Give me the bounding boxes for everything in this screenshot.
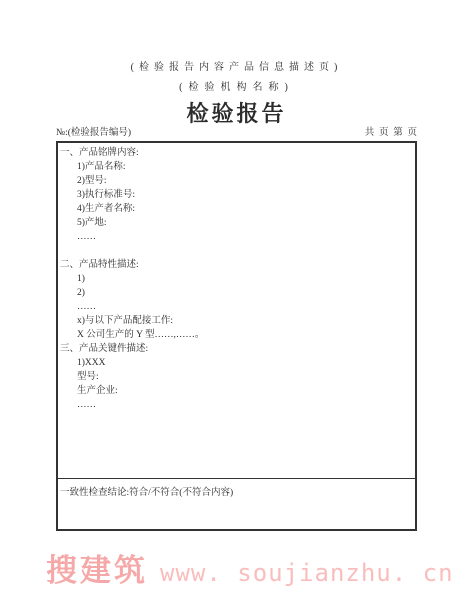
report-number-label: №:(检验报告编号) bbox=[56, 124, 131, 138]
form-line: 型号: bbox=[60, 370, 409, 384]
form-line: 1)产品名称: bbox=[60, 160, 409, 174]
form-line: 生产企业: bbox=[60, 384, 409, 398]
header-subtitle-agency-name: (检验机构名称) bbox=[56, 78, 417, 93]
meta-row: №:(检验报告编号) 共 页 第 页 bbox=[56, 124, 417, 138]
blank-line bbox=[60, 244, 409, 258]
conformity-conclusion-row: 一致性检查结论:符合/不符合(不符合内容) bbox=[58, 478, 415, 529]
form-line: 4)生产者名称: bbox=[60, 202, 409, 216]
report-form-box: 一、产品铭牌内容: 1)产品名称: 2)型号: 3)执行标准号: 4)生产者名称… bbox=[56, 141, 417, 531]
form-line: X 公司生产的 Y 型……,……。 bbox=[60, 328, 409, 342]
watermark-url-text: www. soujianzhu. cn bbox=[160, 559, 454, 587]
form-line: 3)执行标准号: bbox=[60, 188, 409, 202]
header-subtitle-description-page: (检验报告内容产品信息描述页) bbox=[56, 58, 417, 73]
form-line: …… bbox=[60, 398, 409, 412]
report-header: (检验报告内容产品信息描述页) (检验机构名称) 检验报告 bbox=[56, 58, 417, 128]
form-box-content: 一、产品铭牌内容: 1)产品名称: 2)型号: 3)执行标准号: 4)生产者名称… bbox=[58, 143, 415, 478]
form-line: …… bbox=[60, 300, 409, 314]
section-heading: 一、产品铭牌内容: bbox=[60, 146, 409, 160]
form-line: 5)产地: bbox=[60, 216, 409, 230]
form-line: …… bbox=[60, 230, 409, 244]
watermark-brand-text: 搜建筑 bbox=[46, 545, 148, 590]
inspection-report-page: (检验报告内容产品信息描述页) (检验机构名称) 检验报告 №:(检验报告编号)… bbox=[0, 0, 463, 600]
section-heading: 二、产品特性描述: bbox=[60, 258, 409, 272]
form-line: 1) bbox=[60, 272, 409, 286]
form-line: 2)型号: bbox=[60, 174, 409, 188]
form-line: 2) bbox=[60, 286, 409, 300]
section-heading: 三、产品关键件描述: bbox=[60, 342, 409, 356]
page-count-label: 共 页 第 页 bbox=[365, 124, 417, 138]
form-line: 1)XXX bbox=[60, 356, 409, 370]
watermark: 搜建筑 www. soujianzhu. cn bbox=[46, 545, 463, 590]
form-line: x)与以下产品配接工作: bbox=[60, 314, 409, 328]
conformity-conclusion-text: 一致性检查结论:符合/不符合(不符合内容) bbox=[60, 488, 233, 498]
